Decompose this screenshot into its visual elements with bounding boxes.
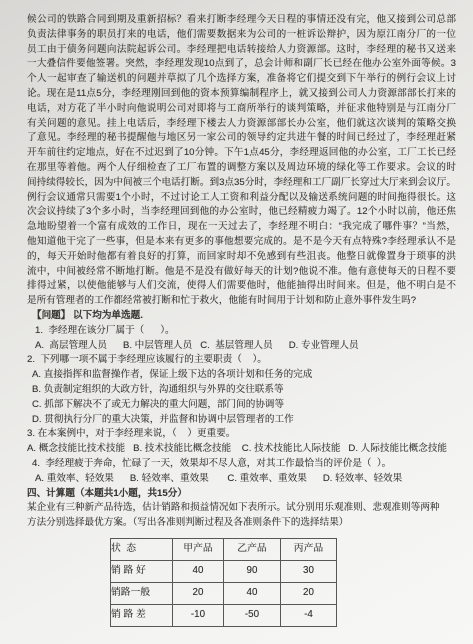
table-row: 销路一般 20 40 20 <box>111 582 337 604</box>
table-cell: 30 <box>281 560 337 582</box>
calculation-section: 四、计算题（本题共1小题，共15分） 某企业有三种新产品待选，估计销路和损益情况… <box>27 487 456 627</box>
case-text-line: 电话，对方花了半小时向他说明公司对即将与工商所举行的谈判策略，并征求他特别是与江… <box>27 102 456 117</box>
table-row: 销 路 好 40 90 30 <box>111 560 337 582</box>
question-4-options: A. 重效率、轻效果 B. 轻效率、重效果 C. 重效率、重效果 D. 轻效率、… <box>27 472 456 487</box>
question-4-stem: 4. 李经理疲于奔命，忙碌了一天，效果却不尽人意，对其工作最恰当的评价是（ ）。 <box>27 457 456 472</box>
case-text-line: 间持续得较长，因为中间被三个电话打断。到3点35分时，李经理和工厂副厂长穿过大厅… <box>27 176 456 191</box>
table-cell: 90 <box>224 560 281 582</box>
table-cell: -50 <box>224 604 281 626</box>
decision-table: 状 态 甲产品 乙产品 丙产品 销 路 好 40 90 30 销路一般 20 4… <box>110 538 337 627</box>
case-text-line: 论。现在是11点5分，李经理刚回到他的资本预算编制程序上，就又接到公司人力资源部… <box>27 87 456 102</box>
table-cell: -10 <box>173 604 224 626</box>
table-cell: 40 <box>224 582 281 604</box>
case-text-line: 在那里等着他。两个人仔细检查了工厂布置的调整方案以及周边环境的绿化等工作要求。会… <box>27 161 456 176</box>
question-2-option-b: B. 负责制定组织的大政方针，沟通组织与外界的交往联系等 <box>27 383 456 398</box>
question-1-stem: 1. 李经理在该分厂属于（ ）。 <box>27 324 456 339</box>
case-study-paragraph: 候公司的铁路合同到期及重新招标？看来打断李经理今天日程的事情还没有完，他又接到公… <box>27 13 456 309</box>
case-text-line: 个人一起审查了输送机的问题并草拟了几个选择方案，准备将它们提交到下午举行的例行会… <box>27 72 456 87</box>
case-text-line: 有关问题的意见。挂上电话后，李经理下楼去人力资源部部长办公室，他们就这次谈判的策… <box>27 117 456 132</box>
case-text-line: 的，每天开始时他都有着良好的打算，而回家时却不免感到有些沮丧。他整日就像置身于琐… <box>27 250 456 265</box>
case-text-line: 了意见。李经理的秘书提醒他与地区另一家公司的领导约定共进午餐的时间已经过了，李经… <box>27 131 456 146</box>
case-text-line: 急地盼望着一个富有成效的工作日，现在一天过去了，李经理不明白：“我完成了哪件事？… <box>27 220 456 235</box>
row-label-average-sales: 销路一般 <box>111 582 173 604</box>
table-cell: 40 <box>173 560 224 582</box>
table-header-row: 状 态 甲产品 乙产品 丙产品 <box>111 538 337 560</box>
row-label-good-sales: 销 路 好 <box>111 560 173 582</box>
table-header-state: 状 态 <box>111 538 173 560</box>
case-text-line: 一大叠信件要他签署。突然，李经理发现10点到了，总会计师和副厂长已经在他办公室外… <box>27 57 456 72</box>
table-header-product-b: 乙产品 <box>224 538 281 560</box>
question-2-option-c: C. 抓部下解决不了或无力解决的重大问题，部门间的协调等 <box>27 398 456 413</box>
table-row: 销 路 差 -10 -50 -4 <box>111 604 337 626</box>
calculation-header: 四、计算题（本题共1小题，共15分） <box>27 487 456 502</box>
question-3-stem: 3. 在本案例中，对于李经理来说，（ ）更重要。 <box>27 427 456 442</box>
question-2-option-a: A. 直接指挥和监督操作者，保证上级下达的各项计划和任务的完成 <box>27 368 456 383</box>
case-text-line: 候公司的铁路合同到期及重新招标？看来打断李经理今天日程的事情还没有完，他又接到公… <box>27 13 456 28</box>
case-text-line: 例行会议通常只需要1个小时，不过讨论工人工资和利益分配以及输送系统问题的时间拖得… <box>27 191 456 206</box>
row-label-poor-sales: 销 路 差 <box>111 604 173 626</box>
question-2-option-d: D. 贯彻执行分厂的重大决策，并监督和协调中层管理者的工作 <box>27 413 456 428</box>
questions-section: 【问题】 以下均为单选题. 1. 李经理在该分厂属于（ ）。 A. 高层管理人员… <box>27 309 456 487</box>
case-text-line: 是所有管理者的工作都经常被打断和忙于救火，他能有时间用于计划和防止意外事件发生吗… <box>27 294 456 309</box>
document-page: 候公司的铁路合同到期及重新招标？看来打断李经理今天日程的事情还没有完，他又接到公… <box>0 0 473 644</box>
table-cell: -4 <box>281 604 337 626</box>
case-text-line: 员工由于债务问题向法院起诉公司。李经理把电话转接给人力资源部。这时，李经理的秘书… <box>27 43 456 58</box>
case-text-line: 负责法律事务的职员打来的电话，他们需要数据来为公司的一桩诉讼辩护，因为原江南分厂… <box>27 28 456 43</box>
table-cell: 20 <box>281 582 337 604</box>
table-header-product-c: 丙产品 <box>281 538 337 560</box>
case-text-line: 开车前往约定地点，好在不过迟到了10分钟。下午1点45分，李经理返回他的办公室，… <box>27 146 456 161</box>
question-2-stem: 2. 下列哪一项不属于李经理应该履行的主要职责（ ）。 <box>27 353 456 368</box>
question-3-options: A. 概念技能比技术技能 B. 技术技能比概念技能 C. 技术技能比人际技能 D… <box>27 442 456 457</box>
case-text-line: 次会议持续了3个多小时，当李经理回到他的办公室时，他已经精疲力竭了。12个小时以… <box>27 205 456 220</box>
calculation-intro-line: 方法分别选择最优方案。（写出各准则判断过程及各准则条件下的选择结果） <box>27 516 456 531</box>
question-1-options: A. 高层管理人员 B. 中层管理人员 C. 基层管理人员 D. 专业管理人员 <box>27 339 456 354</box>
calculation-intro-line: 某企业有三种新产品待选，估计销路和损益情况如下表所示。试分别用乐观准则、悲观准则… <box>27 501 456 516</box>
questions-header: 【问题】 以下均为单选题. <box>27 309 456 324</box>
table-header-product-a: 甲产品 <box>173 538 224 560</box>
table-cell: 20 <box>173 582 224 604</box>
case-text-line: 排得过紧，以使他能够与人们交流，使得人们需要他时，他能抽得出时间来。但是，他不明… <box>27 279 456 294</box>
case-text-line: 流中，中间被经常不断地打断。他是不是没有做好每天的计划?他说不准。他有意使每天的… <box>27 265 456 280</box>
case-text-line: 他知道他干完了一些事，但是本来有更多的事他想要完成的。是不是今天有点特殊?李经理… <box>27 235 456 250</box>
